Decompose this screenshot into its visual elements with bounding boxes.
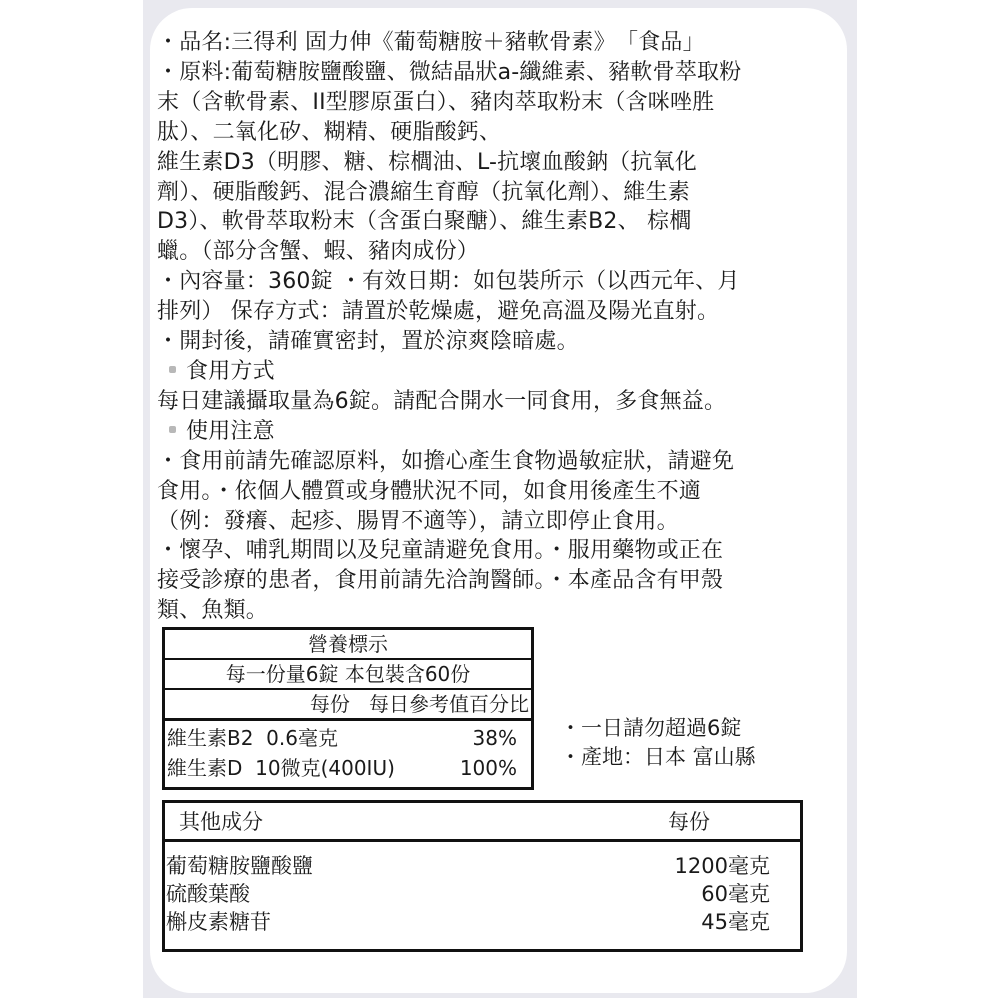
caution-line: 接受診療的患者，食用前請先洽詢醫師。・本產品含有甲殼 xyxy=(157,566,837,596)
nutrient-percent: 100% xyxy=(460,753,517,783)
side-notes: ・一日請勿超過6錠 ・產地：日本 富山縣 xyxy=(560,714,756,772)
nutrition-title: 營養標示 xyxy=(164,629,533,660)
other-ingredients-table: 其他成分 每份 葡萄糖胺鹽酸鹽 1200毫克 硫酸葉酸 60毫克 槲皮素糖苷 4… xyxy=(162,800,803,952)
table-row: 槲皮素糖苷 45毫克 xyxy=(165,908,800,936)
caution-line: （例：發癢、起疹、腸胃不適等），請立即停止食用。 xyxy=(157,507,837,537)
caution-line: ・食用前請先確認原料，如擔心產生食物過敏症狀，請避免 xyxy=(157,447,837,477)
nutrition-values: 維生素B2 0.6毫克 38% 維生素D 10微克(400IU) 100% xyxy=(164,720,533,789)
nutrient-percent: 38% xyxy=(473,723,517,753)
ingredients-line: ・原料:葡萄糖胺鹽酸鹽、微結晶狀a-纖維素、豬軟骨萃取粉 xyxy=(157,58,837,88)
table-row: 維生素B2 0.6毫克 38% xyxy=(167,723,531,753)
nutrient-name: 維生素B2 xyxy=(167,726,253,750)
header-left: 其他成分 xyxy=(179,806,263,836)
caution-line: ・懷孕、哺乳期間以及兒童請避免食用。・服用藥物或正在 xyxy=(157,536,837,566)
ingredient-name: 葡萄糖胺鹽酸鹽 xyxy=(166,852,313,880)
ingredients-line: 末（含軟骨素、II型膠原蛋白）、豬肉萃取粉末（含咪唑胜 xyxy=(157,88,837,118)
nutrient-amount: 0.6毫克 xyxy=(266,726,338,750)
ingredients-line: 劑）、硬脂酸鈣、混合濃縮生育醇（抗氧化劑）、維生素 xyxy=(157,178,837,208)
table-row: 葡萄糖胺鹽酸鹽 1200毫克 xyxy=(165,852,800,880)
usage-text: 每日建議攝取量為6錠。請配合開水一同食用，多食無益。 xyxy=(157,387,837,417)
ingredient-amount: 1200毫克 xyxy=(675,852,770,880)
nutrition-header-row: 每份 每日參考值百分比 xyxy=(164,689,533,720)
storage-line: ・開封後，請確實密封，置於涼爽陰暗處。 xyxy=(157,327,837,357)
ingredients-line: 蠟。（部分含蟹、蝦、豬肉成份） xyxy=(157,237,837,267)
nutrient-amount: 10微克(400IU) xyxy=(255,756,395,780)
ingredients-line: 肽）、二氧化矽、糊精、硬脂酸鈣、 xyxy=(157,118,837,148)
usage-heading: 食用方式 xyxy=(157,357,837,387)
header-right: 每份 xyxy=(668,806,710,836)
other-ingredients-header: 其他成分 每份 xyxy=(165,803,800,842)
other-ingredients-body: 葡萄糖胺鹽酸鹽 1200毫克 硫酸葉酸 60毫克 槲皮素糖苷 45毫克 xyxy=(165,842,800,936)
caution-line: 類、魚類。 xyxy=(157,596,837,626)
ingredients-line: 維生素D3（明膠、糖、棕櫚油、L-抗壞血酸鈉（抗氧化 xyxy=(157,148,837,178)
nutrient-name: 維生素D xyxy=(167,756,242,780)
serving-row: 每一份量6錠 本包裝含60份 xyxy=(164,659,533,689)
nutrition-title-row: 營養標示 xyxy=(164,629,533,660)
daily-limit-note: ・一日請勿超過6錠 xyxy=(560,714,756,743)
storage-line: 排列） 保存方式：請置於乾燥處，避免高溫及陽光直射。 xyxy=(157,297,837,327)
ingredient-name: 槲皮素糖苷 xyxy=(166,908,271,936)
ingredient-name: 硫酸葉酸 xyxy=(166,880,250,908)
origin-note: ・產地：日本 富山縣 xyxy=(560,743,756,772)
ingredients-line: D3）、軟骨萃取粉末（含蛋白聚醣）、維生素B2、 棕櫚 xyxy=(157,207,837,237)
square-bullet-icon xyxy=(169,366,176,373)
serving-info: 每一份量6錠 本包裝含60份 xyxy=(164,659,533,689)
table-row: 硫酸葉酸 60毫克 xyxy=(165,880,800,908)
table-row: 維生素D 10微克(400IU) 100% xyxy=(167,753,531,783)
product-description: ・品名:三得利 固力伸《葡萄糖胺＋豬軟骨素》 「食品」 ・原料:葡萄糖胺鹽酸鹽、… xyxy=(157,28,837,626)
caution-heading: 使用注意 xyxy=(157,417,837,447)
nutrition-table: 營養標示 每一份量6錠 本包裝含60份 每份 每日參考值百分比 維生素B2 0.… xyxy=(162,627,534,790)
ingredient-amount: 60毫克 xyxy=(701,880,770,908)
caution-line: 食用。・依個人體質或身體狀況不同，如食用後產生不適 xyxy=(157,477,837,507)
header-daily-value: 每日參考值百分比 xyxy=(369,692,529,716)
header-per-serving: 每份 xyxy=(310,692,350,716)
square-bullet-icon xyxy=(169,426,176,433)
contents-line: ・內容量：360錠 ・有效日期：如包裝所示（以西元年、月 xyxy=(157,267,837,297)
product-name-line: ・品名:三得利 固力伸《葡萄糖胺＋豬軟骨素》 「食品」 xyxy=(157,28,837,58)
ingredient-amount: 45毫克 xyxy=(701,908,770,936)
